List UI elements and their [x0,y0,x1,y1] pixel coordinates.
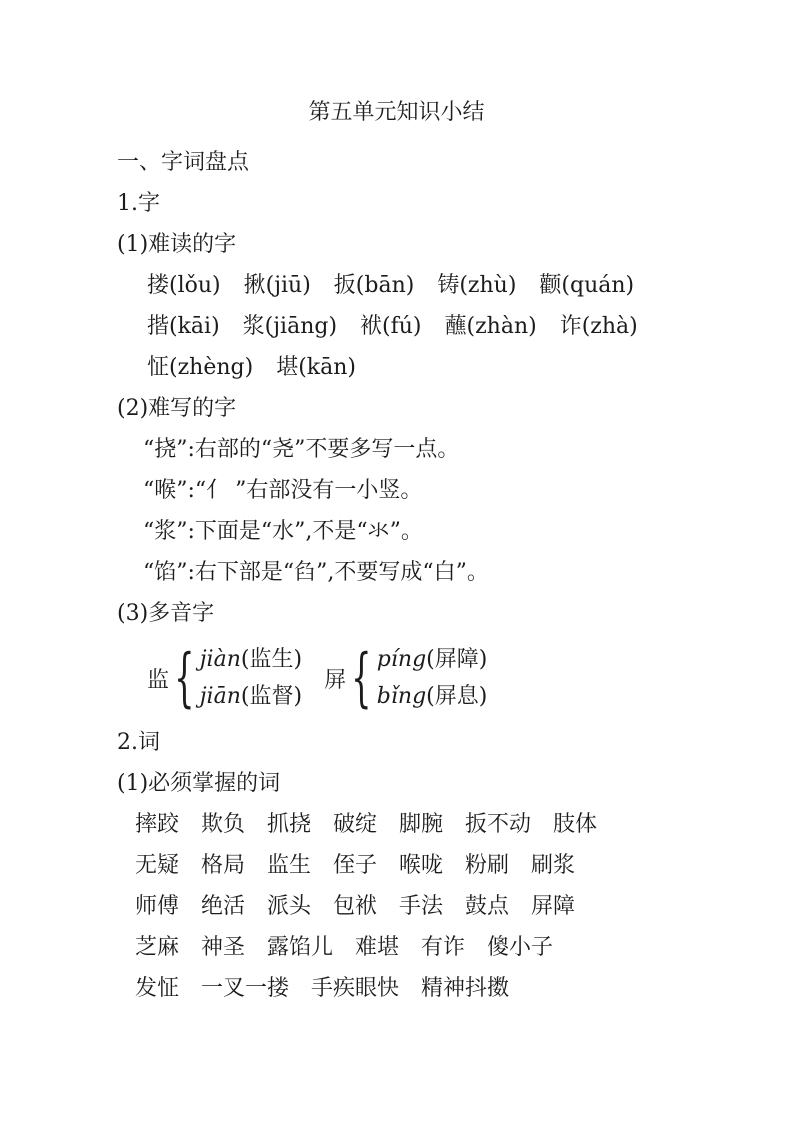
polyphone-character: 监 [147,663,169,694]
polyphone-reading: píng(屏障) [377,641,488,678]
polyphone-readings: píng(屏障) bǐng(屏息) [377,641,488,715]
polyphone-reading: jiàn(监生) [200,641,302,678]
brace-icon: { [174,646,194,710]
label-must-master-words: (1)必须掌握的词 [0,763,793,804]
polyphone-reading: jiān(监督) [200,678,302,715]
word-row-3: 师傅 绝活 派头 包袱 手法 鼓点 屏障 [0,886,793,927]
polyphone-group-jian: 监 { jiàn(监生) jiān(监督) [147,641,302,715]
hard-to-read-row-2: 揩(kāi) 浆(jiāng) 袱(fú) 蘸(zhàn) 诈(zhà) [0,306,793,347]
pinyin-text: jiān [200,684,241,709]
subsection-heading-words: 2.词 [0,722,793,763]
pinyin-text: bǐng [377,684,426,709]
label-polyphones: (3)多音字 [0,593,793,634]
label-hard-to-read: (1)难读的字 [0,224,793,265]
hard-to-read-row-3: 怔(zhèng) 堪(kān) [0,347,793,388]
label-hard-to-write: (2)难写的字 [0,388,793,429]
polyphone-readings: jiàn(监生) jiān(监督) [200,641,302,715]
hard-to-write-note-2: “喉”:“亻 ”右部没有一小竖。 [0,470,793,511]
example-word: (监督) [241,684,302,709]
word-row-4: 芝麻 神圣 露馅儿 难堪 有诈 傻小子 [0,927,793,968]
polyphone-character: 屏 [324,663,346,694]
polyphone-group-ping: 屏 { píng(屏障) bǐng(屏息) [324,641,487,715]
example-word: (监生) [241,647,302,672]
pinyin-text: jiàn [200,647,241,672]
example-word: (屏息) [426,684,487,709]
example-word: (屏障) [426,647,487,672]
word-row-5: 发怔 一叉一搂 手疾眼快 精神抖擞 [0,968,793,1009]
polyphone-row: 监 { jiàn(监生) jiān(监督) 屏 { píng(屏障) bǐng(… [0,634,793,722]
word-row-2: 无疑 格局 监生 侄子 喉咙 粉刷 刷浆 [0,845,793,886]
brace-icon: { [351,646,371,710]
hard-to-read-row-1: 搂(lǒu) 揪(jiū) 扳(bān) 铸(zhù) 颧(quán) [0,265,793,306]
hard-to-write-note-1: “挠”:右部的“尧”不要多写一点。 [0,429,793,470]
word-row-1: 摔跤 欺负 抓挠 破绽 脚腕 扳不动 肢体 [0,804,793,845]
document-page: 第五单元知识小结 一、字词盘点 1.字 (1)难读的字 搂(lǒu) 揪(jiū… [0,0,793,1122]
section-heading-word-inventory: 一、字词盘点 [0,142,793,183]
document-title: 第五单元知识小结 [0,92,793,133]
hard-to-write-note-3: “浆”:下面是“水”,不是“氺”。 [0,511,793,552]
hard-to-write-note-4: “馅”:右下部是“臽”,不要写成“白”。 [0,552,793,593]
subsection-heading-characters: 1.字 [0,183,793,224]
polyphone-reading: bǐng(屏息) [377,678,488,715]
pinyin-text: píng [377,647,426,672]
